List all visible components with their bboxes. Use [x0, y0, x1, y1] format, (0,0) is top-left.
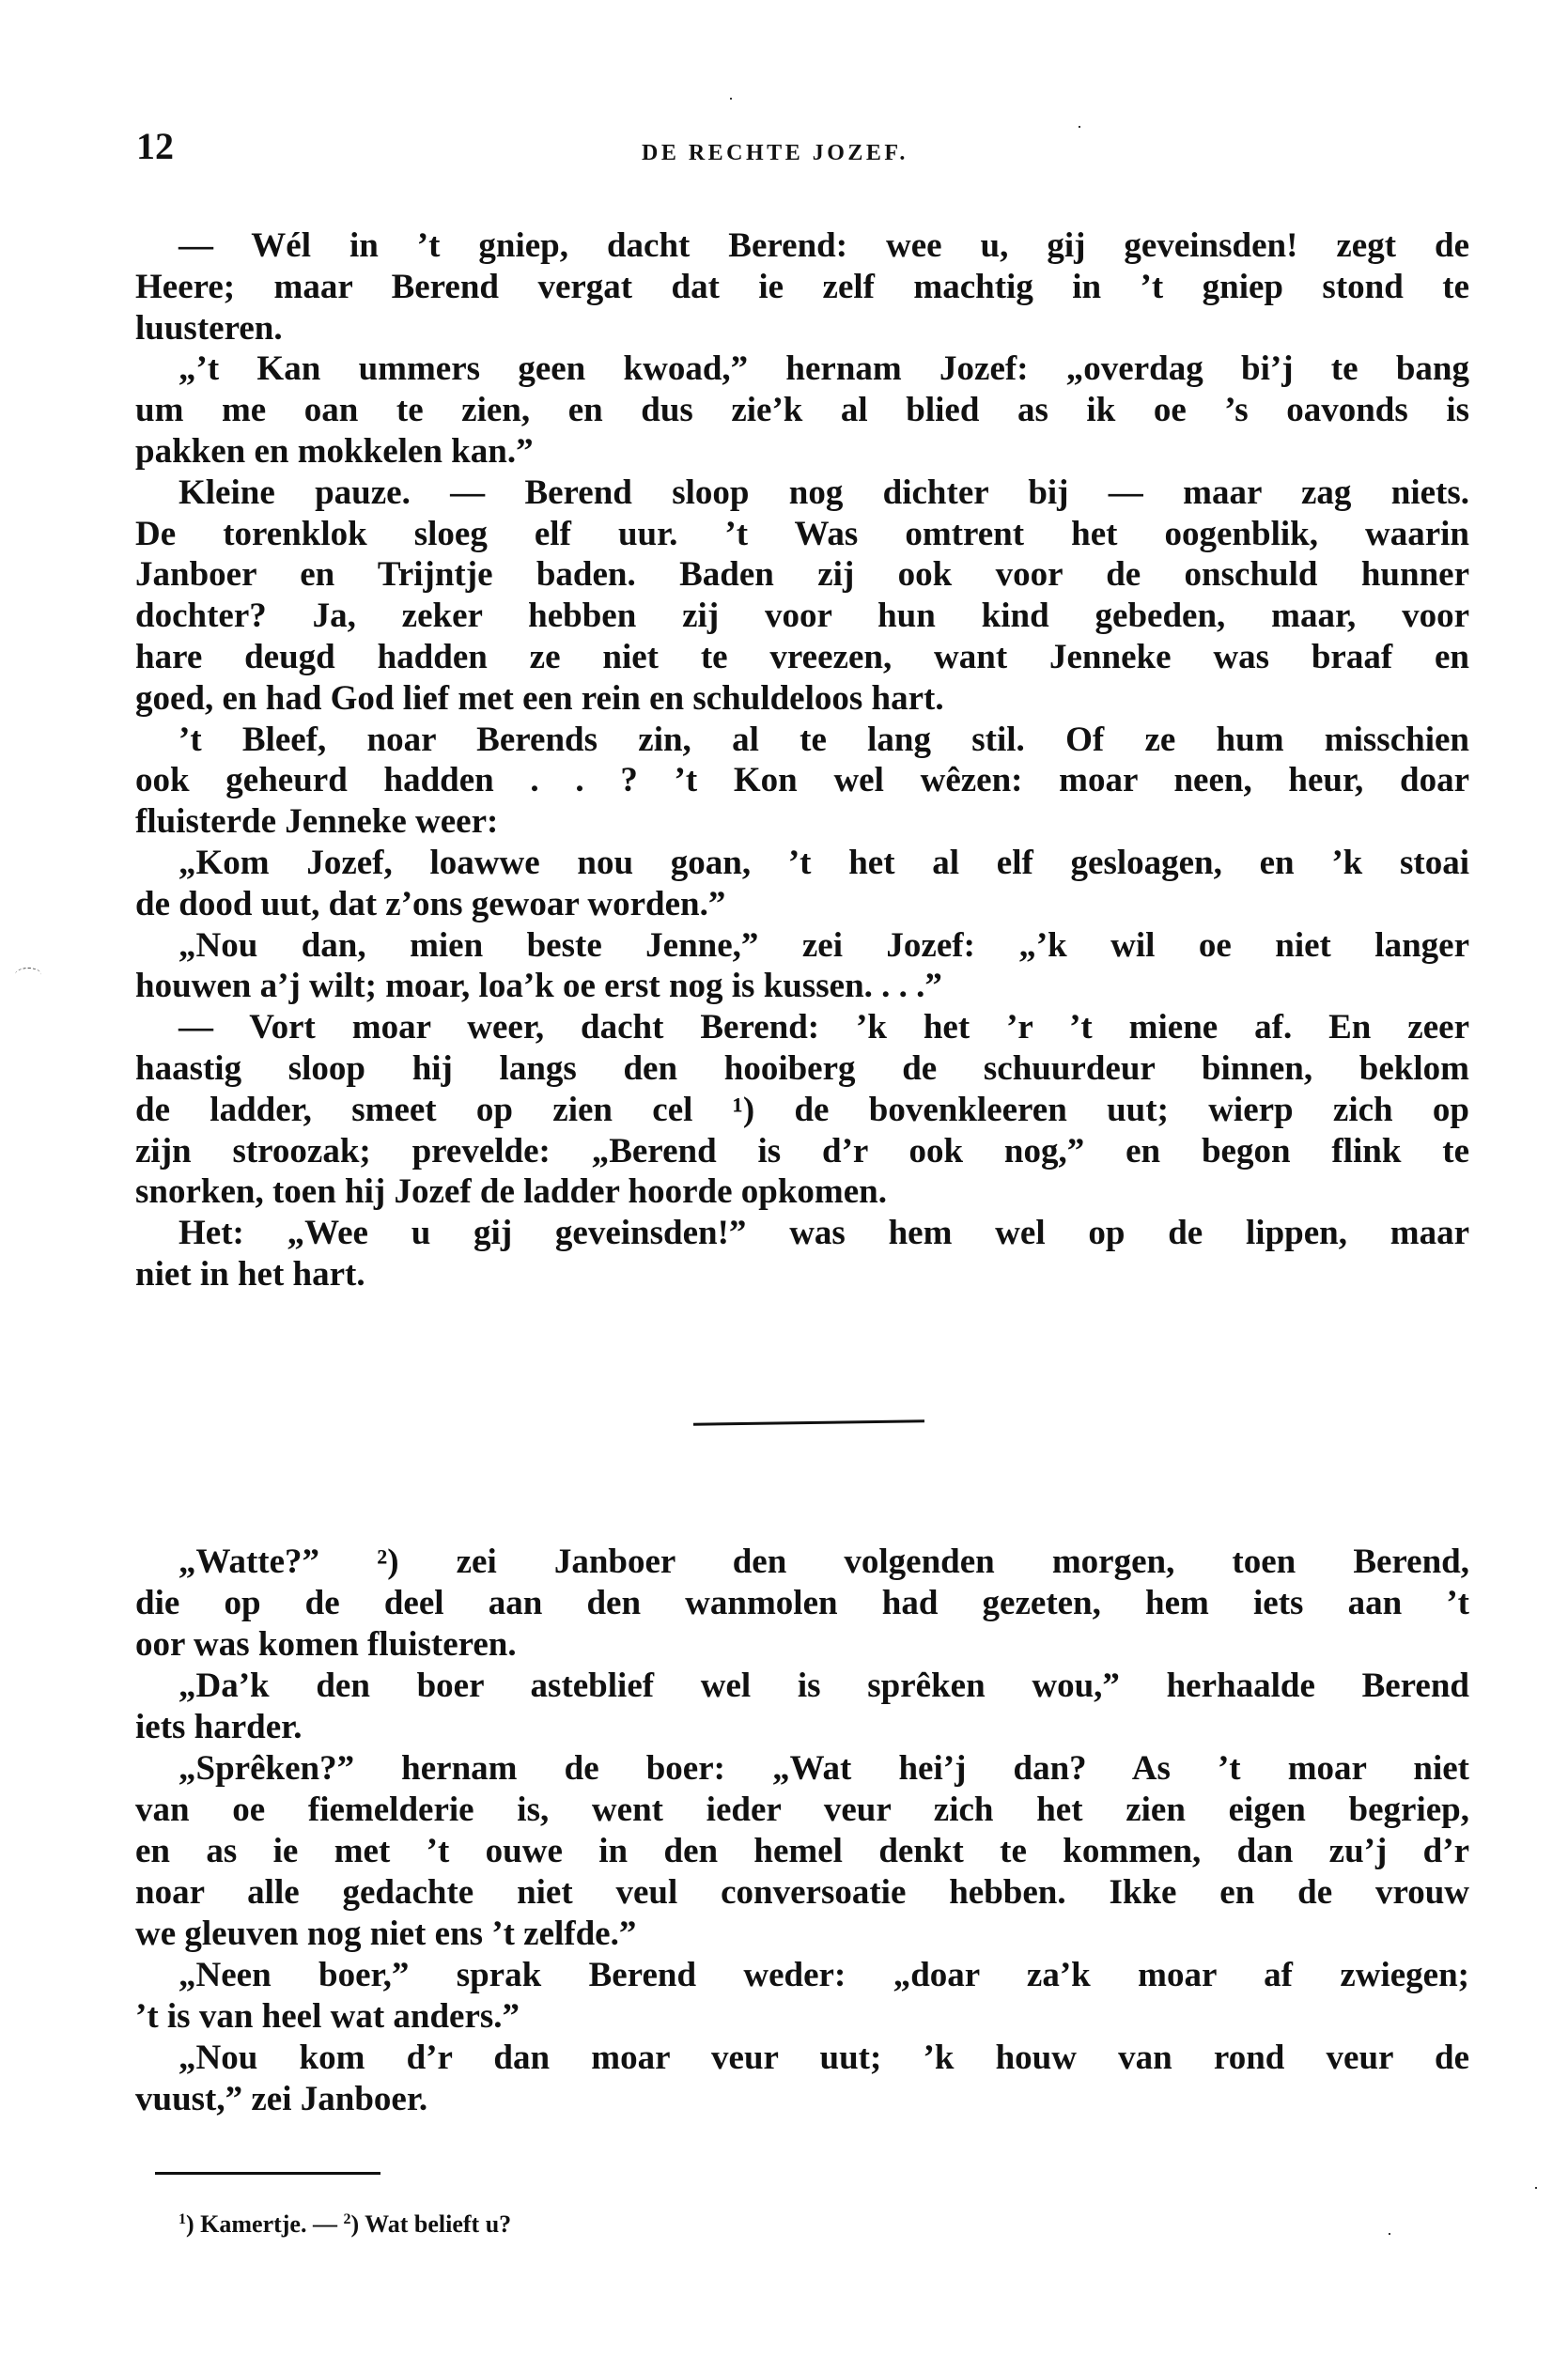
text-line: iets harder. — [135, 1707, 1469, 1748]
text-section-1: — Wél in ’t gniep, dacht Berend: wee u, … — [135, 225, 1469, 1295]
text-line-content: „Da’k den boer asteblief wel is sprêken … — [179, 1666, 1469, 1707]
running-title: DE RECHTE JOZEF. — [642, 141, 980, 165]
text-line: van oe fiemelderie is, went ieder veur z… — [135, 1790, 1469, 1831]
text-line: Janboer en Trijntje baden. Baden zij ook… — [135, 554, 1469, 596]
text-line-content: en as ie met ’t ouwe in den hemel denkt … — [135, 1831, 1469, 1872]
text-line: pakken en mokkelen kan.” — [135, 431, 1469, 473]
text-line: noar alle gedachte niet veul conversoati… — [135, 1872, 1469, 1914]
text-line: de ladder, smeet op zien cel ¹) de boven… — [135, 1090, 1469, 1131]
footnote-divider — [155, 2172, 380, 2175]
text-line-content: „Watte?” ²) zei Janboer den volgenden mo… — [179, 1542, 1469, 1583]
text-line: Kleine pauze. — Berend sloop nog dichter… — [135, 473, 1469, 514]
text-line: fluisterde Jenneke weer: — [135, 801, 1469, 843]
text-line-content: „’t Kan ummers geen kwoad,” hernam Jozef… — [179, 349, 1469, 390]
text-line: um me oan te zien, en dus zie’k al blied… — [135, 390, 1469, 431]
text-line-content: pakken en mokkelen kan.” — [135, 431, 1469, 473]
text-line: — Vort moar weer, dacht Berend: ’k het ’… — [135, 1007, 1469, 1048]
text-line: zijn stroozak; prevelde: „Berend is d’r … — [135, 1131, 1469, 1172]
text-line-content: dochter? Ja, zeker hebben zij voor hun k… — [135, 596, 1469, 637]
text-line-content: Heere; maar Berend vergat dat ie zelf ma… — [135, 267, 1469, 308]
text-line: Heere; maar Berend vergat dat ie zelf ma… — [135, 267, 1469, 308]
footnotes: 1) Kamertje. — 2) Wat belieft u? — [179, 2204, 511, 2240]
text-line: „Da’k den boer asteblief wel is sprêken … — [135, 1666, 1469, 1707]
text-line-content: Kleine pauze. — Berend sloop nog dichter… — [179, 473, 1469, 514]
text-line: vuust,” zei Janboer. — [135, 2079, 1469, 2120]
text-line-content: houwen a’j wilt; moar, loa’k oe erst nog… — [135, 966, 1469, 1007]
text-line: „Watte?” ²) zei Janboer den volgenden mo… — [135, 1542, 1469, 1583]
text-line-content: iets harder. — [135, 1707, 1469, 1748]
text-line-content: — Wél in ’t gniep, dacht Berend: wee u, … — [179, 225, 1469, 267]
text-line: goed, en had God lief met een rein en sc… — [135, 678, 1469, 720]
scan-artifact — [15, 968, 41, 982]
text-line-content: um me oan te zien, en dus zie’k al blied… — [135, 390, 1469, 431]
text-line-content: goed, en had God lief met een rein en sc… — [135, 678, 1469, 720]
text-line-content: ook geheurd hadden . . ? ’t Kon wel wêze… — [135, 760, 1469, 801]
text-line: houwen a’j wilt; moar, loa’k oe erst nog… — [135, 966, 1469, 1007]
text-line: „Nou dan, mien beste Jenne,” zei Jozef: … — [135, 925, 1469, 967]
text-line-content: ’t Bleef, noar Berends zin, al te lang s… — [179, 720, 1469, 761]
footnote-1-text: ) Kamertje. — — [186, 2210, 343, 2238]
text-line-content: van oe fiemelderie is, went ieder veur z… — [135, 1790, 1469, 1831]
text-line: „’t Kan ummers geen kwoad,” hernam Jozef… — [135, 349, 1469, 390]
text-section-2: „Watte?” ²) zei Janboer den volgenden mo… — [135, 1542, 1469, 2120]
text-line: „Kom Jozef, loawwe nou goan, ’t het al e… — [135, 843, 1469, 884]
text-line-content: „Nou kom d’r dan moar veur uut; ’k houw … — [179, 2038, 1469, 2079]
scan-speck — [1079, 126, 1080, 128]
text-line: snorken, toen hij Jozef de ladder hoorde… — [135, 1171, 1469, 1213]
text-line: ook geheurd hadden . . ? ’t Kon wel wêze… — [135, 760, 1469, 801]
text-line-content: „Nou dan, mien beste Jenne,” zei Jozef: … — [179, 925, 1469, 967]
text-line-content: „Kom Jozef, loawwe nou goan, ’t het al e… — [179, 843, 1469, 884]
scan-speck — [1389, 2233, 1390, 2235]
text-line-content: „Neen boer,” sprak Berend weder: „doar z… — [179, 1955, 1469, 1996]
text-line-content: vuust,” zei Janboer. — [135, 2079, 1469, 2120]
text-line: oor was komen fluisteren. — [135, 1624, 1469, 1666]
text-line-content: haastig sloop hij langs den hooiberg de … — [135, 1048, 1469, 1090]
text-line: niet in het hart. — [135, 1254, 1469, 1295]
text-line: dochter? Ja, zeker hebben zij voor hun k… — [135, 596, 1469, 637]
text-line: die op de deel aan den wanmolen had geze… — [135, 1583, 1469, 1624]
text-line-content: snorken, toen hij Jozef de ladder hoorde… — [135, 1171, 1469, 1213]
text-line: en as ie met ’t ouwe in den hemel denkt … — [135, 1831, 1469, 1872]
text-line: De torenklok sloeg elf uur. ’t Was omtre… — [135, 514, 1469, 555]
scan-speck — [1535, 2187, 1537, 2189]
footnote-2-text: ) Wat belieft u? — [350, 2210, 511, 2238]
text-line-content: we gleuven nog niet ens ’t zelfde.” — [135, 1914, 1469, 1955]
footnote-1-marker: 1 — [179, 2211, 186, 2227]
book-page: 12 DE RECHTE JOZEF. — Wél in ’t gniep, d… — [0, 0, 1568, 2372]
text-line-content: de ladder, smeet op zien cel ¹) de boven… — [135, 1090, 1469, 1131]
text-line: ’t is van heel wat anders.” — [135, 1996, 1469, 2038]
text-line-content: ’t is van heel wat anders.” — [135, 1996, 1469, 2038]
text-line-content: De torenklok sloeg elf uur. ’t Was omtre… — [135, 514, 1469, 555]
text-line-content: niet in het hart. — [135, 1254, 1469, 1295]
page-number: 12 — [136, 128, 174, 165]
text-line-content: Janboer en Trijntje baden. Baden zij ook… — [135, 554, 1469, 596]
text-line-content: — Vort moar weer, dacht Berend: ’k het ’… — [179, 1007, 1469, 1048]
text-line-content: zijn stroozak; prevelde: „Berend is d’r … — [135, 1131, 1469, 1172]
text-line-content: hare deugd hadden ze niet te vreezen, wa… — [135, 637, 1469, 678]
scan-speck — [730, 98, 732, 100]
text-line: de dood uut, dat z’ons gewoar worden.” — [135, 884, 1469, 925]
text-line-content: noar alle gedachte niet veul conversoati… — [135, 1872, 1469, 1914]
text-line: „Sprêken?” hernam de boer: „Wat hei’j da… — [135, 1748, 1469, 1790]
text-line-content: de dood uut, dat z’ons gewoar worden.” — [135, 884, 1469, 925]
text-line-content: Het: „Wee u gij geveinsden!” was hem wel… — [179, 1213, 1469, 1254]
text-line: ’t Bleef, noar Berends zin, al te lang s… — [135, 720, 1469, 761]
text-line-content: fluisterde Jenneke weer: — [135, 801, 1469, 843]
text-line: Het: „Wee u gij geveinsden!” was hem wel… — [135, 1213, 1469, 1254]
text-line: luusteren. — [135, 308, 1469, 349]
text-line-content: „Sprêken?” hernam de boer: „Wat hei’j da… — [179, 1748, 1469, 1790]
text-line: „Nou kom d’r dan moar veur uut; ’k houw … — [135, 2038, 1469, 2079]
text-line-content: oor was komen fluisteren. — [135, 1624, 1469, 1666]
text-line: haastig sloop hij langs den hooiberg de … — [135, 1048, 1469, 1090]
text-line-content: die op de deel aan den wanmolen had geze… — [135, 1583, 1469, 1624]
text-line: hare deugd hadden ze niet te vreezen, wa… — [135, 637, 1469, 678]
text-line: — Wél in ’t gniep, dacht Berend: wee u, … — [135, 225, 1469, 267]
section-divider — [693, 1419, 924, 1425]
text-line: we gleuven nog niet ens ’t zelfde.” — [135, 1914, 1469, 1955]
text-line-content: luusteren. — [135, 308, 1469, 349]
text-line: „Neen boer,” sprak Berend weder: „doar z… — [135, 1955, 1469, 1996]
